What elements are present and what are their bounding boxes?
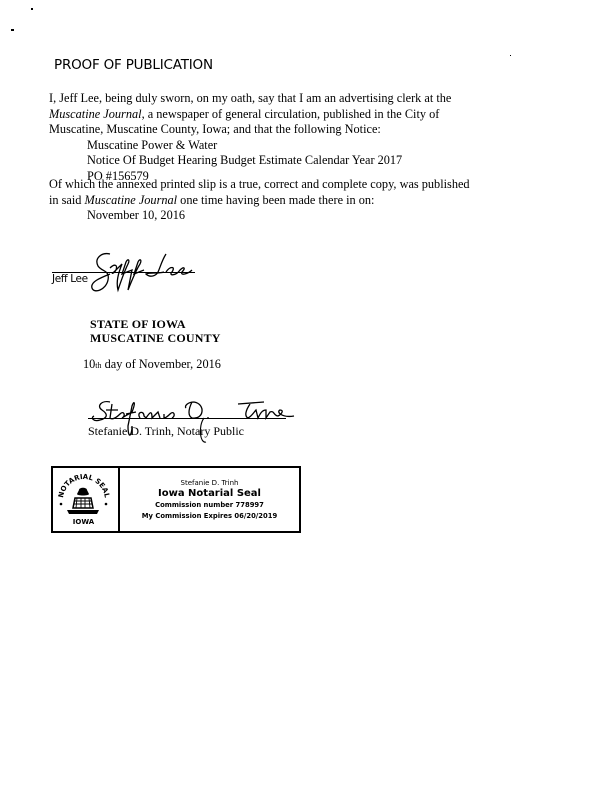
county-name: MUSCATINE COUNTY — [90, 331, 221, 345]
svg-text:IOWA: IOWA — [73, 518, 95, 526]
publication-paragraph: Of which the annexed printed slip is a t… — [49, 177, 569, 224]
signature-line — [88, 418, 286, 419]
affidavit-line: Muscatine, Muscatine County, Iowa; and t… — [49, 122, 549, 138]
seal-notary-name: Stefanie D. Trinh — [181, 478, 239, 489]
affidavit-line: in said Muscatine Journal one time havin… — [49, 193, 569, 209]
scan-speck — [11, 29, 14, 31]
notice-item: Notice Of Budget Hearing Budget Estimate… — [49, 153, 549, 169]
sworn-date: 10th day of November, 2016 — [83, 357, 221, 372]
affidavit-line: Muscatine Journal, a newspaper of genera… — [49, 107, 549, 123]
newspaper-name: Muscatine Journal — [85, 193, 178, 207]
commission-number: Commission number 778997 — [155, 500, 264, 511]
notice-item: Muscatine Power & Water — [49, 138, 549, 154]
scan-speck — [510, 55, 511, 56]
commission-expiration: My Commission Expires 06/20/2019 — [142, 511, 277, 522]
clerk-name: Jeff Lee — [52, 273, 88, 285]
notarial-seal-stamp: NOTARIAL SEAL IOWA Stefanie D. Trinh Iow… — [51, 466, 301, 533]
affidavit-line: Of which the annexed printed slip is a t… — [49, 177, 569, 193]
state-name: STATE OF IOWA — [90, 317, 221, 331]
seal-text: Stefanie D. Trinh Iowa Notarial Seal Com… — [120, 468, 299, 531]
seal-emblem: NOTARIAL SEAL IOWA — [53, 468, 120, 531]
seal-title: Iowa Notarial Seal — [158, 488, 261, 500]
jurisdiction: STATE OF IOWA MUSCATINE COUNTY — [90, 317, 221, 345]
notary-printed-name: Stefanie D. Trinh, Notary Public — [88, 424, 244, 439]
capitol-dome-icon: NOTARIAL SEAL IOWA — [53, 468, 114, 531]
affidavit-paragraph: I, Jeff Lee, being duly sworn, on my oat… — [49, 91, 549, 184]
publication-date: November 10, 2016 — [49, 208, 569, 224]
page-title: PROOF OF PUBLICATION — [54, 57, 213, 73]
affidavit-line: I, Jeff Lee, being duly sworn, on my oat… — [49, 91, 549, 107]
scan-speck — [31, 8, 33, 10]
newspaper-name: Muscatine Journal — [49, 107, 142, 121]
